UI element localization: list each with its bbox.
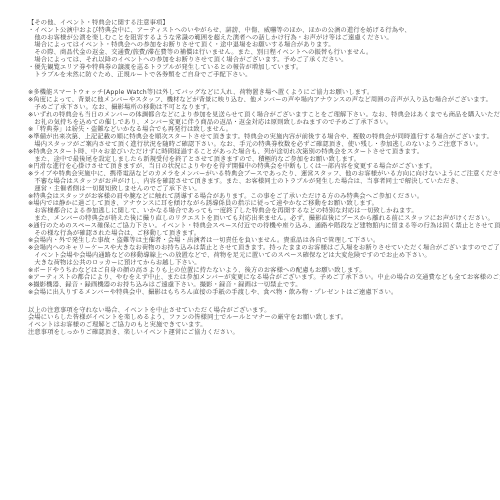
notice-line: 注意事項をしっかりご確認頂き、楽しいイベント運営にご協力ください。 <box>28 329 480 336</box>
notice-blank-line <box>28 78 480 89</box>
notice-line: ※会場に出入りするメンバーや特典会中、撮影はもちろん直接の手紙の手渡しや、食べ物… <box>28 288 480 295</box>
document-scale-wrapper: 【その他、イベント・特典会に関する注意事項】 ・イベント公演中および特典会中に、… <box>0 0 500 500</box>
notice-document: 【その他、イベント・特典会に関する注意事項】 ・イベント公演中および特典会中に、… <box>0 0 500 500</box>
notice-line: トラブルを未然に防ぐため、正規ルートで各券類をご自身でご手配下さい。 <box>28 71 480 78</box>
notice-body: ・イベント公演中および特典会中に、アーティストへのいやがらせ、誹謗、中傷、威嚇等… <box>28 26 480 336</box>
notice-blank-line <box>28 296 480 307</box>
